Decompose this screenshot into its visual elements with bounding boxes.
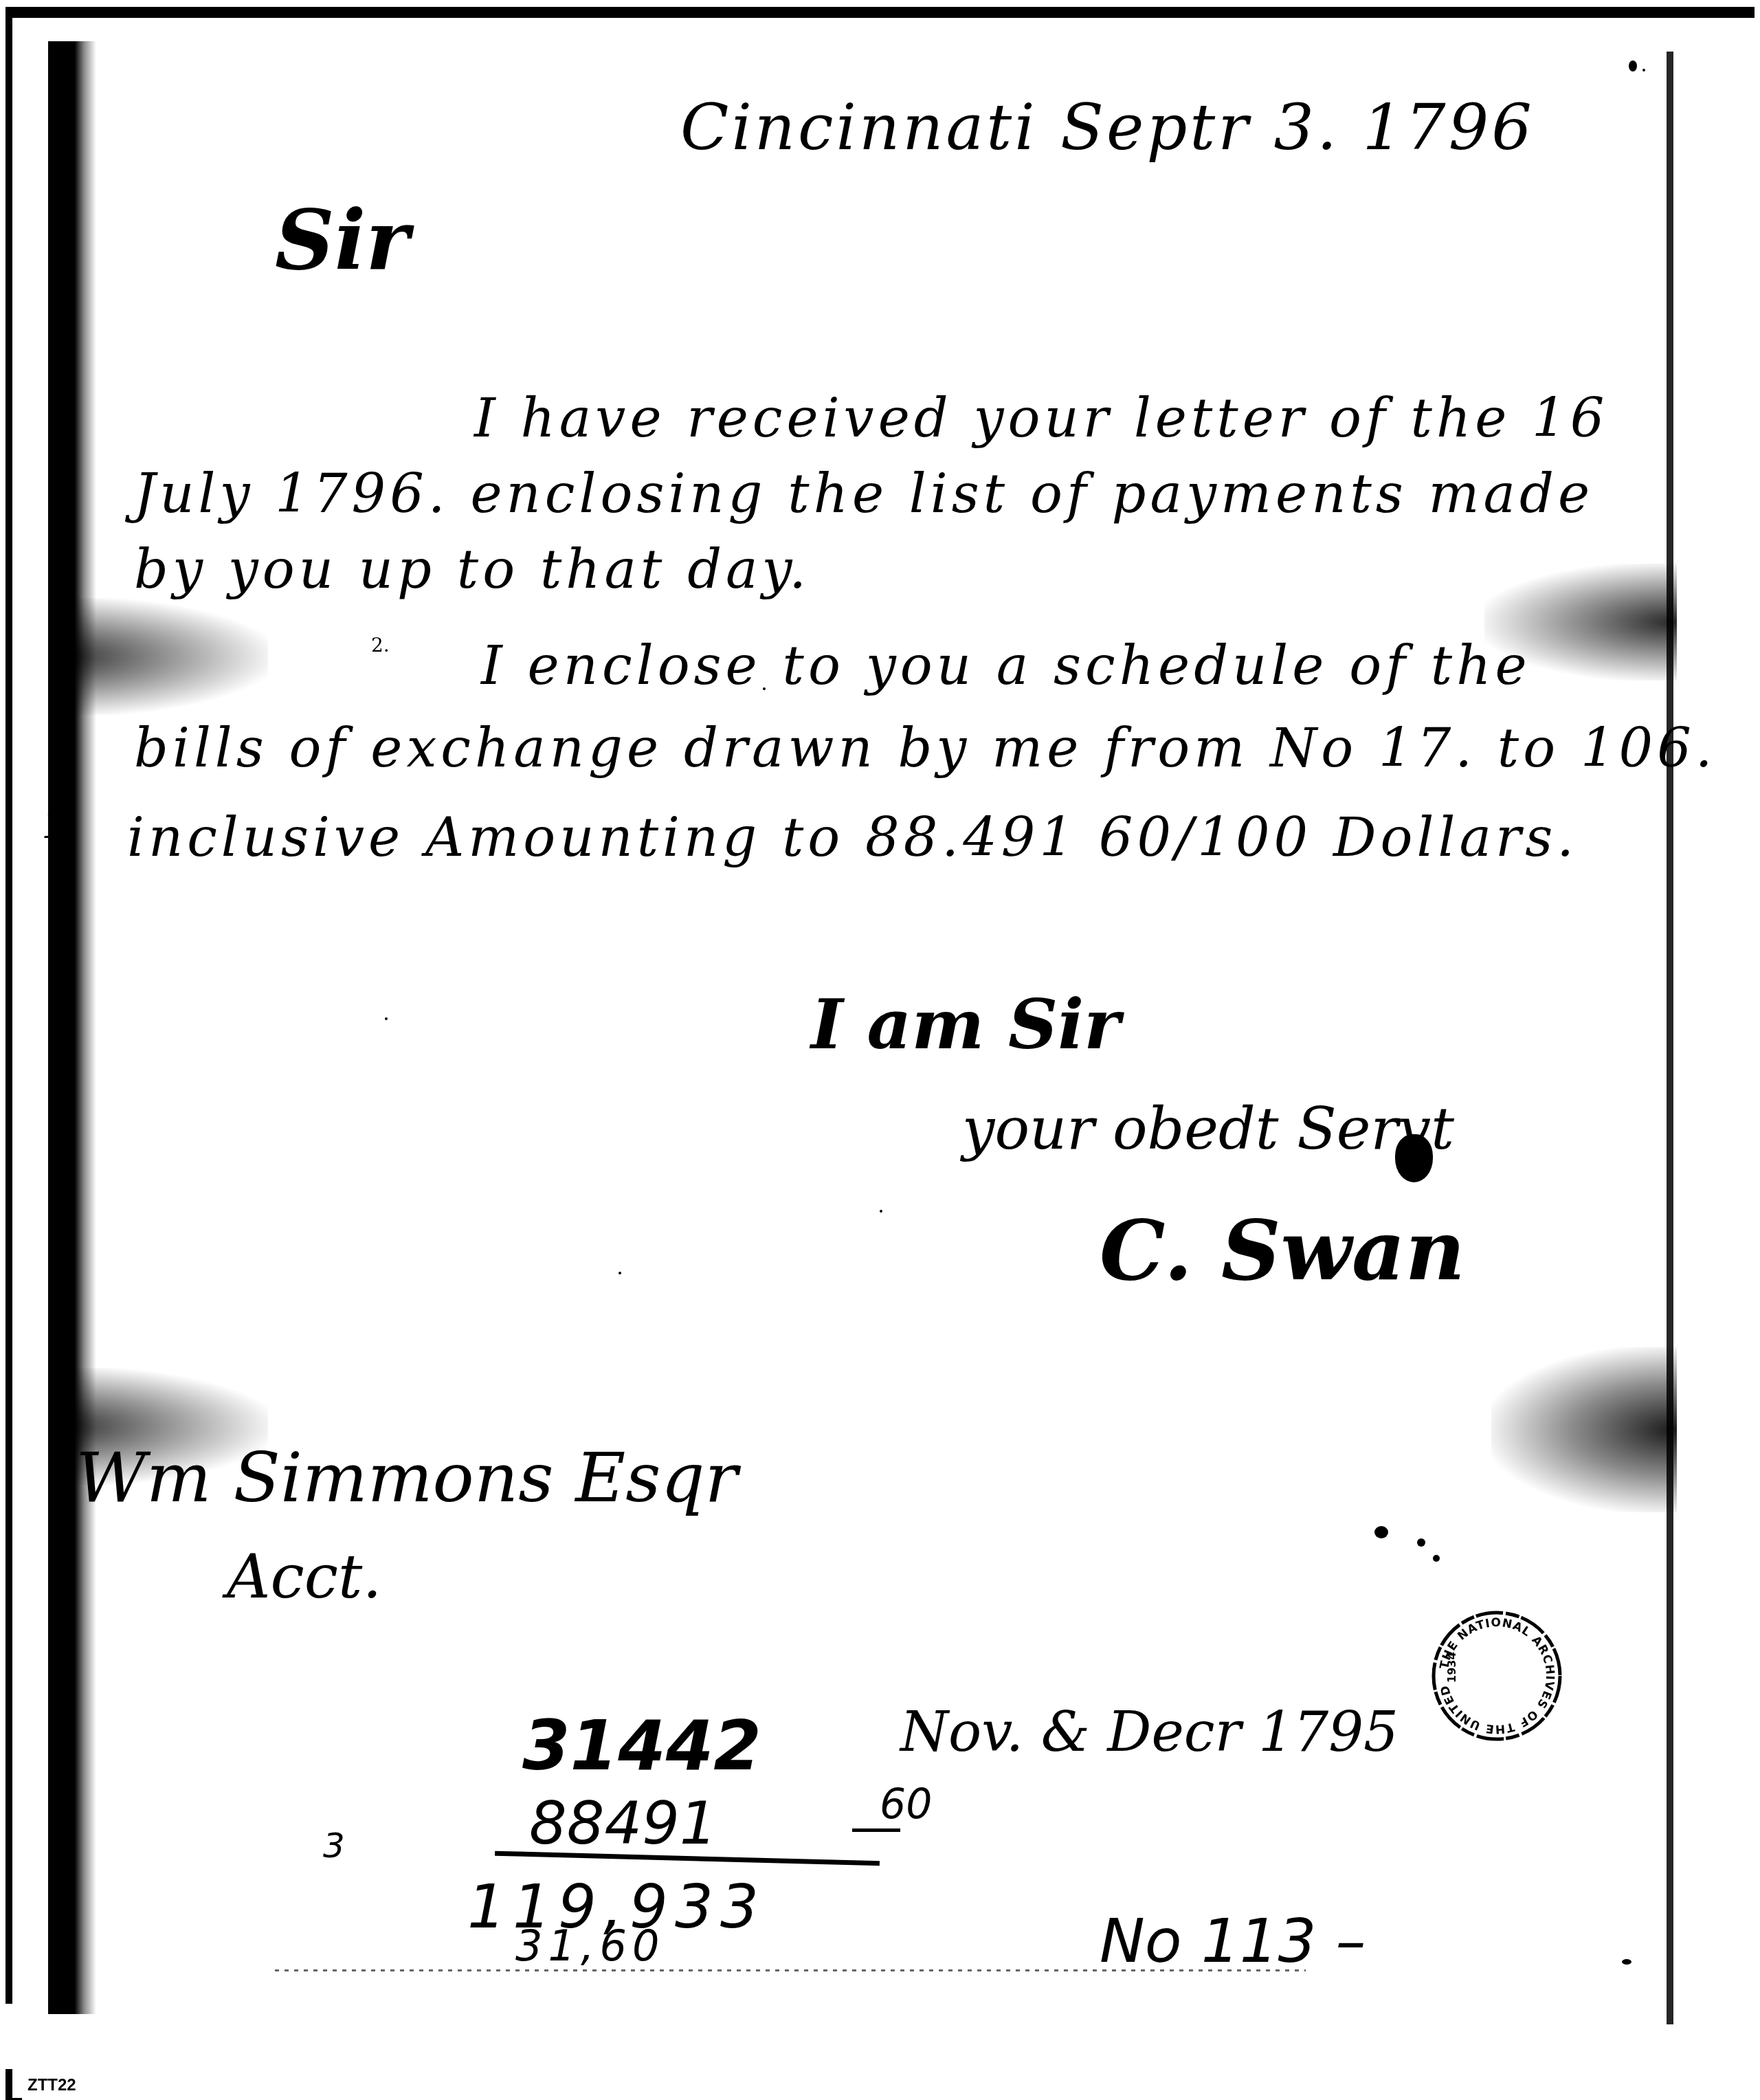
paragraph-mark: 2.: [371, 636, 390, 655]
frame-corner-mark: [5, 2069, 22, 2100]
archive-seal-icon: THE NATIONAL ARCHIVES OF THE UNITED STAT…: [1428, 1607, 1566, 1745]
cents-underline: [852, 1828, 900, 1832]
closing-line: your obedt Servt: [962, 1100, 1454, 1158]
body-line: by you up to that day.: [134, 543, 810, 597]
dateline: Cincinnati Septr 3. 1796: [680, 96, 1535, 159]
body-line: I enclose to you a schedule of the: [481, 639, 1531, 693]
ledger-cents-2: 60: [880, 1784, 932, 1825]
left-edge-shadow: [48, 41, 96, 2014]
ledger-amount-2: 88491: [529, 1794, 717, 1853]
bottom-edge-line: [275, 1969, 1306, 1971]
closing-line: I am Sir: [811, 990, 1120, 1059]
body-line: I have received your letter of the 16: [474, 392, 1608, 445]
fold-shadow-left-upper: [48, 598, 268, 715]
margin-mark: 1: [41, 804, 67, 845]
addressee-title: Acct.: [227, 1547, 381, 1607]
svg-text:1934: 1934: [1445, 1652, 1458, 1683]
document-id-label: ZTT22: [27, 2076, 76, 2095]
addressee-name: Wm Simmons Esqr: [76, 1444, 737, 1512]
signature: C. Swan: [1100, 1210, 1465, 1292]
salutation: Sir: [275, 199, 409, 282]
body-line: July 1796. enclosing the list of payment…: [134, 467, 1594, 521]
national-archives-stamp: THE NATIONAL ARCHIVES OF THE UNITED STAT…: [1428, 1607, 1566, 1745]
file-number: No 113 –: [1100, 1911, 1366, 1971]
right-edge-shadow: [1667, 52, 1673, 2024]
ledger-note-1: Nov. & Decr 1795: [900, 1705, 1399, 1760]
ink-blot: [1395, 1134, 1433, 1182]
ledger-tick: 3: [323, 1828, 345, 1863]
body-line: bills of exchange drawn by me from No 17…: [134, 722, 1717, 775]
body-line: inclusive Amounting to 88.491 60/100 Dol…: [127, 811, 1578, 865]
ledger-amount-1: 31442: [522, 1712, 761, 1780]
ledger-total-sub: 31,60: [515, 1925, 665, 1967]
fold-shadow-right-lower: [1491, 1347, 1677, 1512]
